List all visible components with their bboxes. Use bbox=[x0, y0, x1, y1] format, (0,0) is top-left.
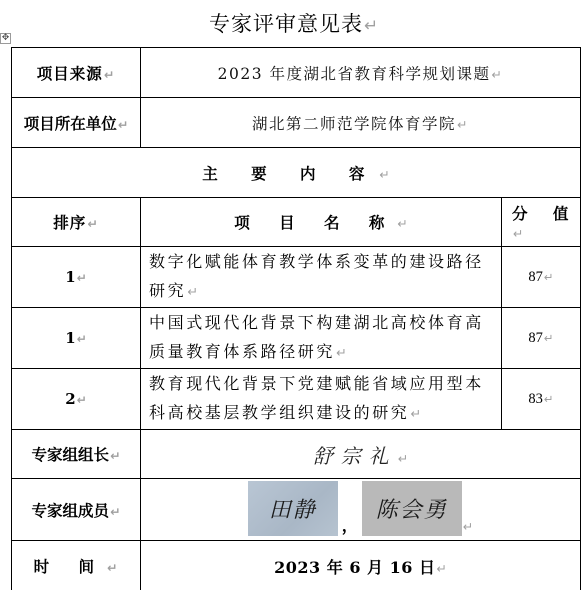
paragraph-mark-icon: ↵ bbox=[436, 561, 446, 576]
members-signature-cell[interactable]: 田静，陈会勇↵ bbox=[141, 479, 581, 541]
table-move-handle-icon[interactable]: ✥ bbox=[0, 33, 11, 44]
member-signature-image[interactable]: 陈会勇 bbox=[362, 481, 462, 536]
separator: ， bbox=[342, 516, 358, 535]
paragraph-mark-icon: ↵ bbox=[492, 67, 504, 82]
paragraph-mark-icon: ↵ bbox=[544, 270, 554, 284]
member-signature-text: 陈会勇 bbox=[362, 493, 462, 524]
time-label: 时 间 bbox=[34, 557, 106, 576]
time-value: 2023 年 6 月 16 日 bbox=[274, 558, 435, 577]
score-value: 87 bbox=[528, 330, 543, 346]
paragraph-mark-icon: ↵ bbox=[87, 216, 98, 231]
unit-label: 项目所在单位 bbox=[24, 114, 117, 133]
source-label: 项目来源 bbox=[37, 64, 103, 83]
member-signature-text: 田静 bbox=[248, 493, 338, 524]
project-name-cell[interactable]: 中国式现代化背景下构建湖北高校体育高质量教育体系路径研究↵ bbox=[141, 308, 502, 369]
time-value-cell[interactable]: 2023 年 6 月 16 日↵ bbox=[141, 541, 581, 590]
paragraph-mark-icon: ↵ bbox=[544, 392, 554, 406]
source-value: 2023 年度湖北省教育科学规划课题 bbox=[218, 65, 491, 83]
unit-row: 项目所在单位↵ 湖北第二师范学院体育学院↵ bbox=[12, 98, 581, 148]
score-header: 分 值 bbox=[512, 204, 578, 223]
rank-cell[interactable]: 1↵ bbox=[12, 247, 141, 308]
main-content-header-row: 主 要 内 容↵ bbox=[12, 148, 581, 198]
rank-header: 排序 bbox=[53, 213, 86, 232]
leader-label-cell: 专家组组长↵ bbox=[12, 430, 141, 479]
score-cell[interactable]: 83↵ bbox=[502, 369, 581, 430]
main-content-header-cell: 主 要 内 容↵ bbox=[12, 148, 581, 198]
score-cell[interactable]: 87↵ bbox=[502, 308, 581, 369]
paragraph-mark-icon: ↵ bbox=[364, 15, 379, 35]
unit-value: 湖北第二师范学院体育学院 bbox=[252, 115, 456, 133]
member-signature-image[interactable]: 田静 bbox=[248, 481, 338, 536]
leader-signature-cell[interactable]: 舒宗礼↵ bbox=[141, 430, 581, 479]
paragraph-mark-icon: ↵ bbox=[110, 448, 120, 463]
time-row: 时 间↵ 2023 年 6 月 16 日↵ bbox=[12, 541, 581, 590]
table-row: 1↵ 数字化赋能体育教学体系变革的建设路径研究↵ 87↵ bbox=[12, 247, 581, 308]
members-row: 专家组成员↵ 田静，陈会勇↵ bbox=[12, 479, 581, 541]
name-header-cell: 项 目 名 称↵ bbox=[141, 198, 502, 247]
members-label-cell: 专家组成员↵ bbox=[12, 479, 141, 541]
main-content-header: 主 要 内 容 bbox=[202, 164, 378, 183]
unit-value-cell[interactable]: 湖北第二师范学院体育学院↵ bbox=[141, 98, 581, 148]
paragraph-mark-icon: ↵ bbox=[77, 393, 87, 407]
project-name: 中国式现代化背景下构建湖北高校体育高质量教育体系路径研究 bbox=[149, 313, 484, 361]
paragraph-mark-icon: ↵ bbox=[410, 407, 423, 422]
project-name: 教育现代化背景下党建赋能省域应用型本科高校基层教学组织建设的研究 bbox=[149, 374, 484, 422]
rank-header-cell: 排序↵ bbox=[12, 198, 141, 247]
leader-signature: 舒宗礼 bbox=[313, 444, 397, 468]
rank-cell[interactable]: 1↵ bbox=[12, 308, 141, 369]
score-value: 87 bbox=[528, 269, 543, 285]
paragraph-mark-icon: ↵ bbox=[336, 346, 349, 361]
time-label-cell: 时 间↵ bbox=[12, 541, 141, 590]
name-header: 项 目 名 称 bbox=[234, 213, 396, 232]
score-value: 83 bbox=[528, 391, 543, 407]
rank-cell[interactable]: 2↵ bbox=[12, 369, 141, 430]
members-label: 专家组成员 bbox=[32, 501, 110, 520]
unit-label-cell: 项目所在单位↵ bbox=[12, 98, 141, 148]
paragraph-mark-icon: ↵ bbox=[110, 504, 120, 519]
rank-value: 1 bbox=[65, 329, 75, 347]
paragraph-mark-icon: ↵ bbox=[77, 271, 87, 285]
source-value-cell[interactable]: 2023 年度湖北省教育科学规划课题↵ bbox=[141, 48, 581, 98]
paragraph-mark-icon: ↵ bbox=[104, 67, 115, 82]
leader-label: 专家组组长 bbox=[32, 445, 110, 464]
rank-value: 2 bbox=[65, 390, 75, 408]
document-title: 专家评审意见表↵ bbox=[0, 8, 588, 38]
paragraph-mark-icon: ↵ bbox=[187, 285, 200, 300]
score-cell[interactable]: 87↵ bbox=[502, 247, 581, 308]
project-name-cell[interactable]: 数字化赋能体育教学体系变革的建设路径研究↵ bbox=[141, 247, 502, 308]
table-row: 1↵ 中国式现代化背景下构建湖北高校体育高质量教育体系路径研究↵ 87↵ bbox=[12, 308, 581, 369]
column-header-row: 排序↵ 项 目 名 称↵ 分 值↵ bbox=[12, 198, 581, 247]
paragraph-mark-icon: ↵ bbox=[513, 226, 523, 241]
paragraph-mark-icon: ↵ bbox=[463, 519, 473, 534]
paragraph-mark-icon: ↵ bbox=[118, 117, 128, 132]
review-table: 项目来源↵ 2023 年度湖北省教育科学规划课题↵ 项目所在单位↵ 湖北第二师范… bbox=[11, 47, 581, 590]
title-text: 专家评审意见表 bbox=[209, 12, 363, 36]
table-row: 2↵ 教育现代化背景下党建赋能省域应用型本科高校基层教学组织建设的研究↵ 83↵ bbox=[12, 369, 581, 430]
paragraph-mark-icon: ↵ bbox=[398, 451, 408, 466]
paragraph-mark-icon: ↵ bbox=[457, 117, 469, 132]
paragraph-mark-icon: ↵ bbox=[379, 167, 389, 182]
paragraph-mark-icon: ↵ bbox=[397, 216, 407, 231]
source-label-cell: 项目来源↵ bbox=[12, 48, 141, 98]
rank-value: 1 bbox=[65, 268, 75, 286]
project-name-cell[interactable]: 教育现代化背景下党建赋能省域应用型本科高校基层教学组织建设的研究↵ bbox=[141, 369, 502, 430]
paragraph-mark-icon: ↵ bbox=[544, 331, 554, 345]
paragraph-mark-icon: ↵ bbox=[107, 560, 118, 575]
leader-row: 专家组组长↵ 舒宗礼↵ bbox=[12, 430, 581, 479]
source-row: 项目来源↵ 2023 年度湖北省教育科学规划课题↵ bbox=[12, 48, 581, 98]
paragraph-mark-icon: ↵ bbox=[77, 332, 87, 346]
score-header-cell: 分 值↵ bbox=[502, 198, 581, 247]
